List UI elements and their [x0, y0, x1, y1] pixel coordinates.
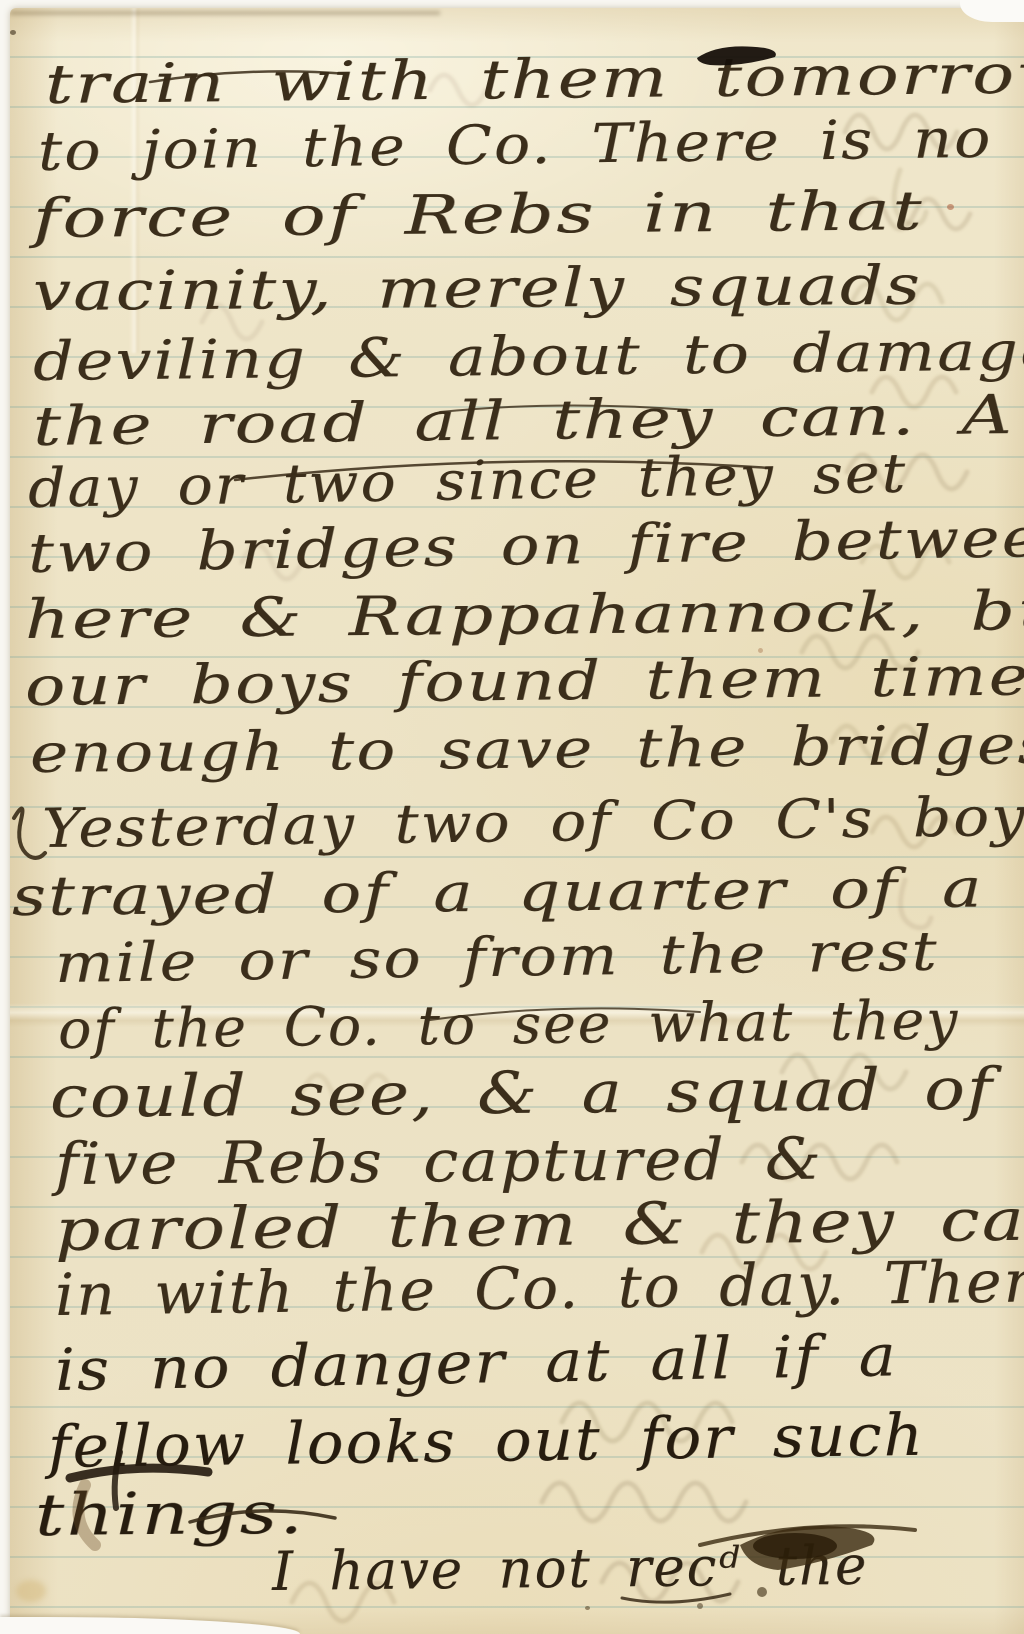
ink-blot-recd	[697, 1526, 915, 1609]
ink-blot-top	[697, 46, 776, 65]
scanned-letter-page: train with them tomorrow to join the Co.…	[0, 0, 1024, 1634]
ink-flourishes-and-blots	[10, 8, 1024, 1634]
letter-paper: train with them tomorrow to join the Co.…	[10, 8, 1024, 1634]
ink-smudge-things	[70, 1452, 208, 1545]
